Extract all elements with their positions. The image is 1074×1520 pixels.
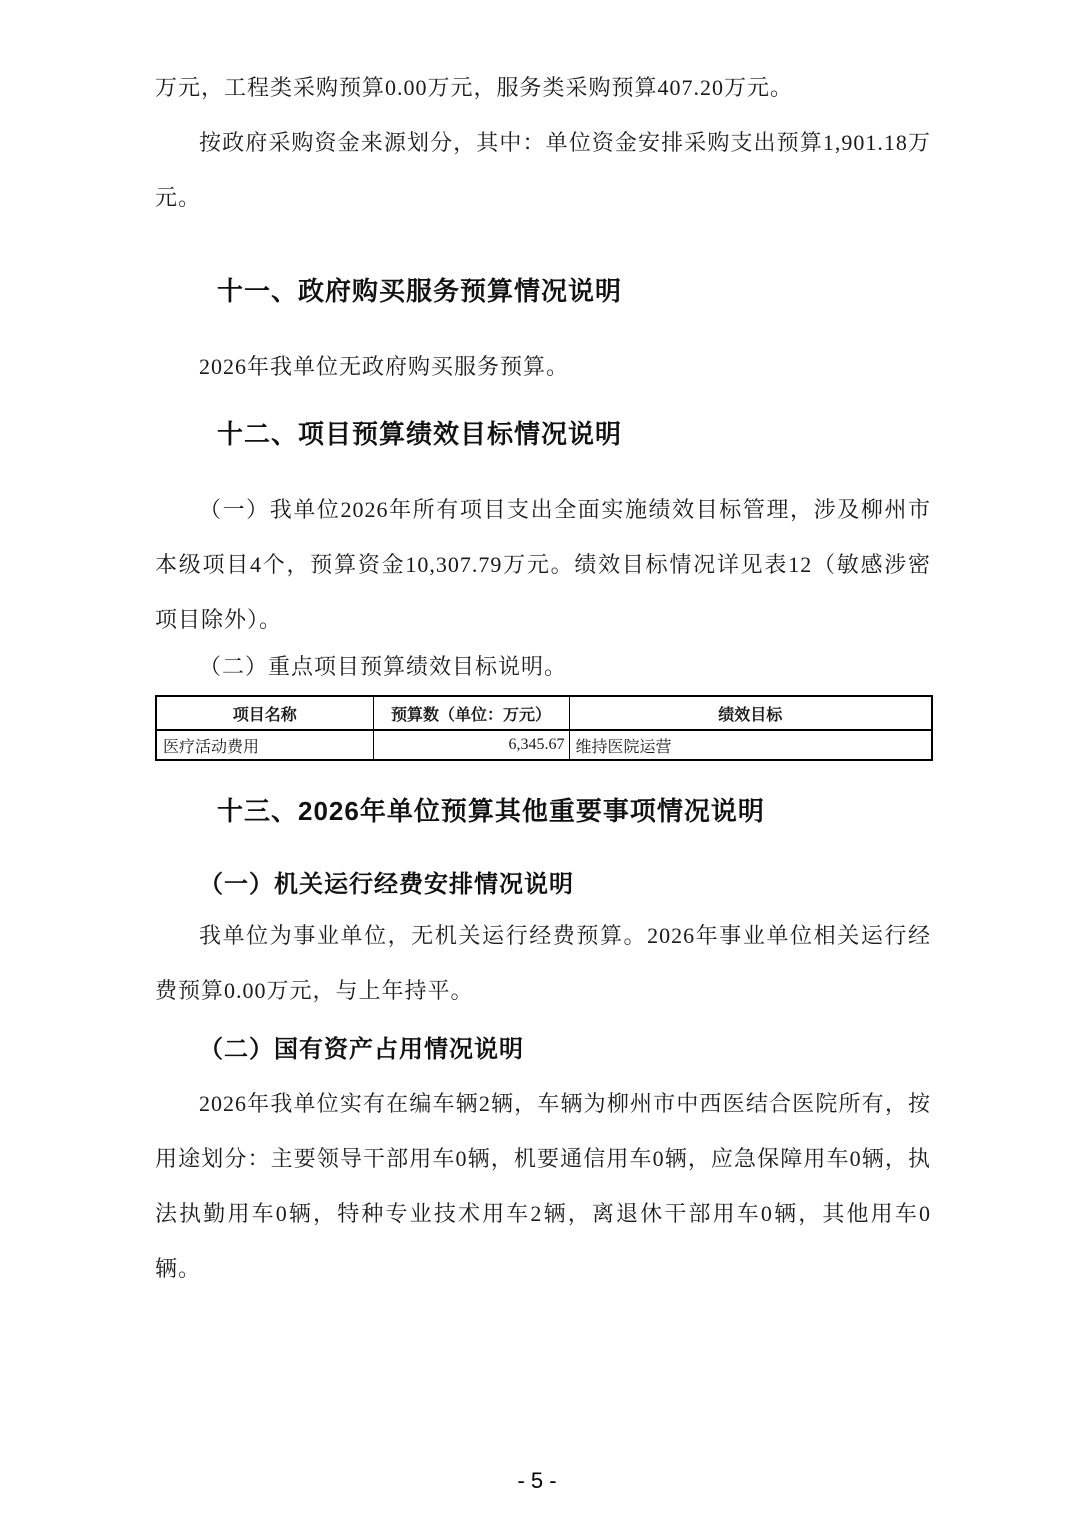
section-13-sub-1-body: 我单位为事业单位，无机关运行经费预算。2026年事业单位相关运行经费预算0.00… [155,908,931,1018]
table-row: 医疗活动费用 6,345.67 维持医院运营 [156,730,932,760]
table-header-project-name: 项目名称 [156,696,373,730]
document-page: 万元，工程类采购预算0.00万元，服务类采购预算407.20万元。 按政府采购资… [0,0,1074,1520]
table-header-row: 项目名称 预算数（单位：万元） 绩效目标 [156,696,932,730]
section-11-body: 2026年我单位无政府购买服务预算。 [155,339,931,394]
table-cell-performance-goal: 维持医院运营 [569,730,932,760]
section-13-sub-2-heading: （二）国有资产占用情况说明 [199,1032,931,1068]
section-13-heading: 十三、2026年单位预算其他重要事项情况说明 [217,793,931,829]
page-number: - 5 - [0,1468,1074,1494]
section-12-heading: 十二、项目预算绩效目标情况说明 [217,416,931,452]
paragraph-procurement-types: 万元，工程类采购预算0.00万元，服务类采购预算407.20万元。 [155,60,931,115]
performance-target-table: 项目名称 预算数（单位：万元） 绩效目标 医疗活动费用 6,345.67 维持医… [155,695,933,761]
table-header-performance-goal: 绩效目标 [569,696,932,730]
table-cell-budget-amount: 6,345.67 [373,730,569,760]
table-cell-project-name: 医疗活动费用 [156,730,373,760]
section-13-sub-2-body: 2026年我单位实有在编车辆2辆，车辆为柳州市中西医结合医院所有，按用途划分：主… [155,1076,931,1296]
section-13-sub-1-heading: （一）机关运行经费安排情况说明 [199,867,931,903]
document-content: 万元，工程类采购预算0.00万元，服务类采购预算407.20万元。 按政府采购资… [155,60,931,1296]
section-12-paragraph-1: （一）我单位2026年所有项目支出全面实施绩效目标管理，涉及柳州市本级项目4个，… [155,482,931,647]
section-12-paragraph-2: （二）重点项目预算绩效目标说明。 [155,647,931,687]
table-header-budget-amount: 预算数（单位：万元） [373,696,569,730]
paragraph-procurement-funding: 按政府采购资金来源划分，其中：单位资金安排采购支出预算1,901.18万元。 [155,115,931,225]
section-11-heading: 十一、政府购买服务预算情况说明 [217,273,931,309]
